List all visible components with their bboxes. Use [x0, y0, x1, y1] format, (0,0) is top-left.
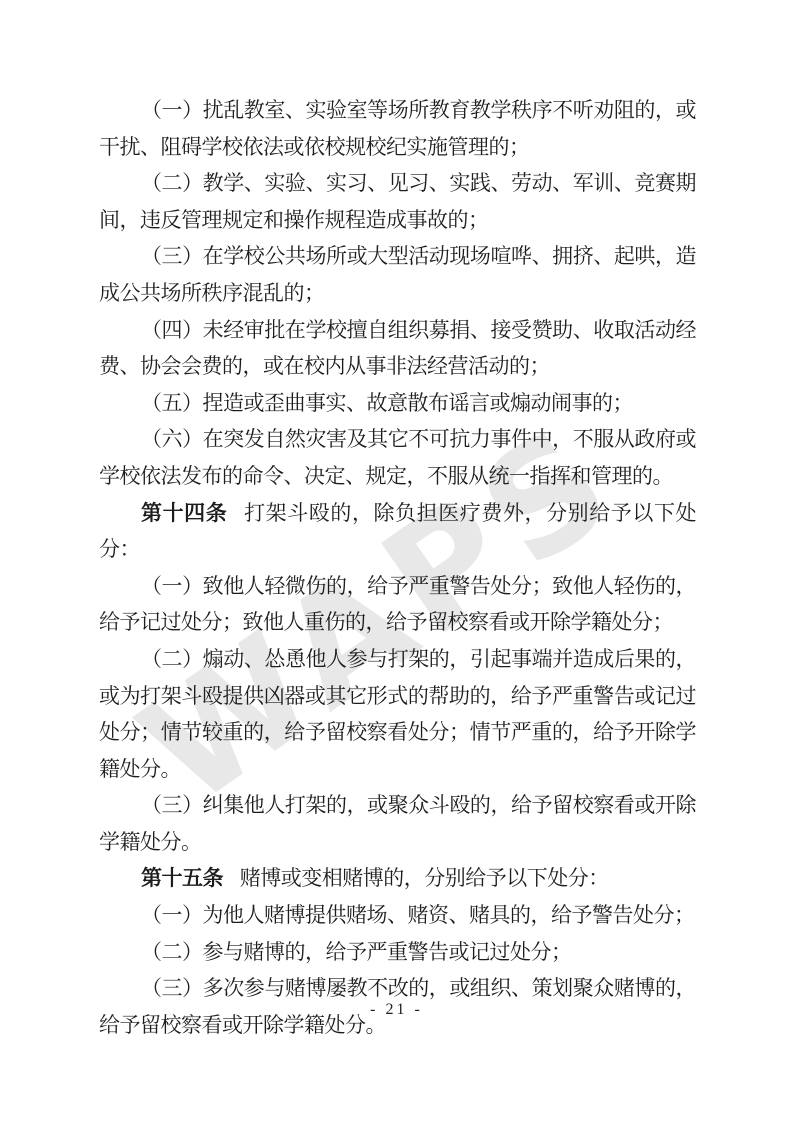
- paragraph: （二）煽动、怂恿他人参与打架的，引起事端并造成后果的，或为打架斗殴提供凶器或其它…: [99, 641, 696, 787]
- paragraph: 第十五条赌博或变相赌博的，分别给予以下处分：: [99, 860, 696, 897]
- paragraph: （三）在学校公共场所或大型活动现场喧哗、拥挤、起哄，造成公共场所秩序混乱的；: [99, 238, 696, 311]
- paragraph: （一）扰乱教室、实验室等场所教育教学秩序不听劝阻的，或干扰、阻碍学校依法或依校规…: [99, 92, 696, 165]
- article-number: 第十五条: [141, 866, 223, 890]
- document-page: WAPS （一）扰乱教室、实验室等场所教育教学秩序不听劝阻的，或干扰、阻碍学校依…: [0, 0, 793, 1122]
- paragraph: （六）在突发自然灾害及其它不可抗力事件中，不服从政府或学校依法发布的命令、决定、…: [99, 421, 696, 494]
- paragraph: （三）纠集他人打架的，或聚众斗殴的，给予留校察看或开除学籍处分。: [99, 787, 696, 860]
- paragraph: 第十四条打架斗殴的，除负担医疗费外，分别给予以下处分：: [99, 495, 696, 568]
- paragraph: （一）为他人赌博提供赌场、赌资、赌具的，给予警告处分；: [99, 897, 696, 934]
- article-number: 第十四条: [141, 501, 227, 525]
- paragraph: （二）参与赌博的，给予严重警告或记过处分；: [99, 934, 696, 971]
- paragraph: （一）致他人轻微伤的，给予严重警告处分；致他人轻伤的，给予记过处分；致他人重伤的…: [99, 568, 696, 641]
- paragraph: （二）教学、实验、实习、见习、实践、劳动、军训、竞赛期间，违反管理规定和操作规程…: [99, 165, 696, 238]
- paragraph: （五）捏造或歪曲事实、故意散布谣言或煽动闹事的；: [99, 385, 696, 422]
- paragraph: （四）未经审批在学校擅自组织募捐、接受赞助、收取活动经费、协会会费的，或在校内从…: [99, 312, 696, 385]
- document-body: （一）扰乱教室、实验室等场所教育教学秩序不听劝阻的，或干扰、阻碍学校依法或依校规…: [99, 92, 696, 1043]
- page-number: - 21 -: [0, 1001, 793, 1019]
